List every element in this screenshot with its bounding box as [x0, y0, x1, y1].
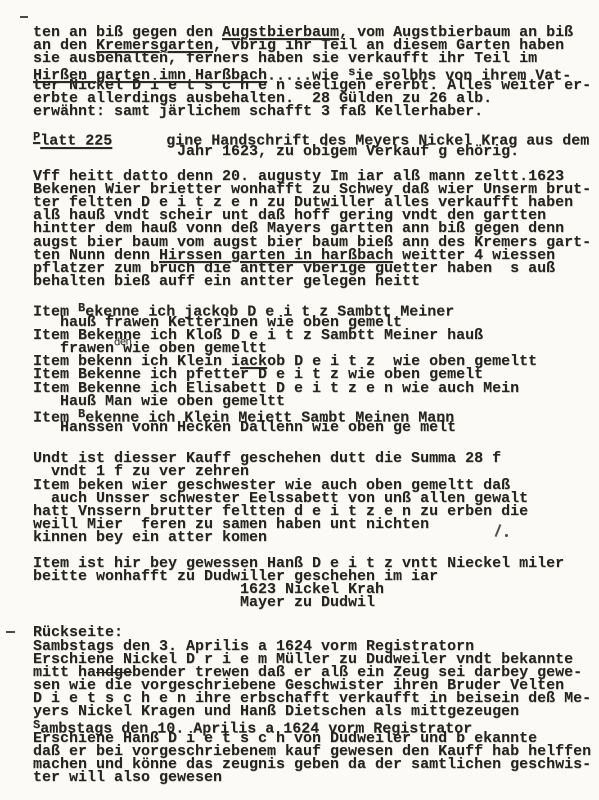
paragraph-item-list: Item Bekenne ich jackob D e i t z Sambtt…	[33, 302, 599, 434]
paragraph-platt-225: Platt 225 gine Handschrift des Meyers Ni…	[33, 131, 599, 157]
text-segment: kinnen bey ein atter komen	[33, 529, 267, 546]
text-segment: Hanssen vonn Hecken Dallenn wie oben ge …	[33, 419, 456, 436]
text-segment: erwähnt: samt järlichem schafft 3 faß Ke…	[33, 103, 483, 120]
document-page: ten an biß gegen den Augstbierbaum, vom …	[0, 0, 599, 800]
paragraph-rueckseite: Rückseite:Sambstags den 3. Aprilis a 162…	[33, 626, 599, 784]
text-segment: ter will also gewesen	[33, 769, 222, 786]
stray-mark-dash	[6, 631, 15, 633]
text-line: Hauß Man wie oben gemeltt	[33, 395, 599, 408]
text-line: yers Nickel Kragen und Hanß Dietschen al…	[33, 705, 599, 718]
text-segment: Jahr 1623, zu obigem Verkauf g ehörig.	[33, 143, 519, 160]
text-line: erwähnt: samt järlichem schafft 3 faß Ke…	[33, 105, 599, 118]
underlined-text: Kremersgarten	[96, 37, 213, 54]
underlined-text: Hirssen garten in harßbach	[159, 247, 393, 264]
text-line: ter will also gewesen	[33, 771, 599, 784]
text-segment: behalten bieß auff ein antter gelegen he…	[33, 273, 420, 290]
text-line: behalten bieß auff ein antter gelegen he…	[33, 275, 599, 288]
paragraph-verkauf-summary: ten an biß gegen den Augstbierbaum, vom …	[33, 26, 599, 118]
text-line: Mayer zu Dudwil	[33, 596, 599, 609]
underlined-text: Augstbierbaum	[222, 24, 339, 41]
text-segment: Mayer zu Dudwil	[33, 594, 375, 611]
paragraph-handschrift-1623: Vff heitt datto denn 20. augusty Im iar …	[33, 170, 599, 289]
text-line: sie ausbehalten, ferners haben sie verka…	[33, 52, 599, 65]
stray-mark-dash	[20, 16, 28, 18]
text-line: Jahr 1623, zu obigem Verkauf g ehörig.	[33, 145, 599, 158]
text-segment: yers Nickel Kragen und Hanß Dietschen al…	[33, 703, 519, 720]
paragraph-zeugen-1623: Item ist hir bey gewessen Hanß D e i t z…	[33, 557, 599, 610]
text-line: kinnen bey ein atter komen	[33, 531, 599, 544]
paragraph-kauff-summa: Undt ist diesser Kauff geschehen dutt di…	[33, 452, 599, 544]
underlined-text: Hirßen garten imn Harßbach	[33, 67, 267, 84]
text-line: Hanssen vonn Hecken Dallenn wie oben ge …	[33, 421, 599, 434]
stray-mark-dot	[505, 534, 508, 537]
handwritten-insertion: den	[114, 336, 124, 350]
